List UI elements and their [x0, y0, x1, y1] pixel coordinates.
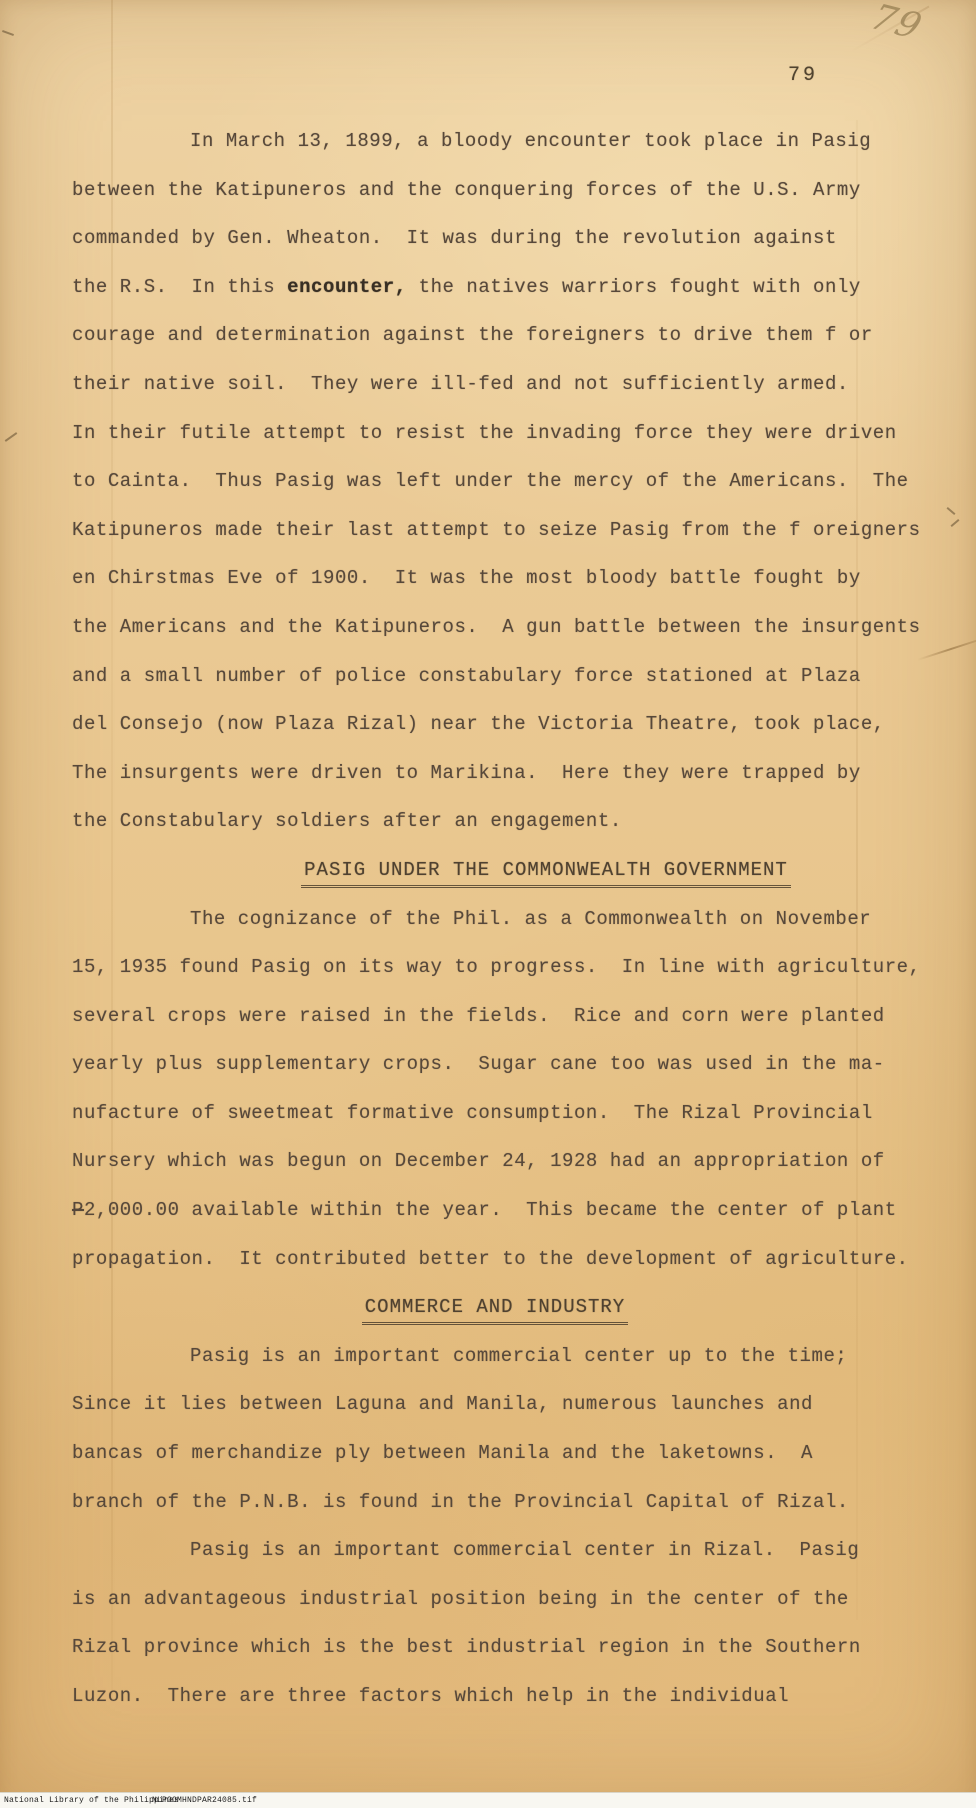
text-line: to Cainta. Thus Pasig was left under the… [72, 457, 946, 506]
text-segment: between the Katipuneros and the conqueri… [72, 179, 861, 201]
text-line: en Chirstmas Eve of 1900. It was the mos… [72, 554, 946, 603]
text-segment: COMMERCE AND INDUSTRY [365, 1296, 625, 1318]
text-line: nufacture of sweetmeat formative consump… [72, 1089, 946, 1138]
section-heading: PASIG UNDER THE COMMONWEALTH GOVERNMENT [109, 846, 976, 895]
text-segment: and a small number of police constabular… [72, 665, 861, 687]
text-line: branch of the P.N.B. is found in the Pro… [72, 1478, 946, 1527]
heading-text: PASIG UNDER THE COMMONWEALTH GOVERNMENT [301, 857, 791, 888]
text-segment: Rizal province which is the best industr… [72, 1636, 861, 1658]
heading-text: COMMERCE AND INDUSTRY [362, 1294, 628, 1325]
text-segment: 15, 1935 found Pasig on its way to progr… [72, 956, 921, 978]
text-segment: commanded by Gen. Wheaton. It was during… [72, 227, 837, 249]
text-segment: In their futile attempt to resist the in… [72, 422, 897, 444]
text-line: and a small number of police constabular… [72, 652, 946, 701]
text-line: yearly plus supplementary crops. Sugar c… [72, 1040, 946, 1089]
text-segment: 2,000.00 available within the year. This… [84, 1199, 897, 1221]
text-segment: Katipuneros made their last attempt to s… [72, 519, 921, 541]
text-line: the Americans and the Katipuneros. A gun… [72, 603, 946, 652]
text-segment: bancas of merchandize ply between Manila… [72, 1442, 813, 1464]
text-segment: their native soil. They were ill-fed and… [72, 373, 849, 395]
text-line: P2,000.00 available within the year. Thi… [72, 1186, 946, 1235]
text-segment: Since it lies between Laguna and Manila,… [72, 1393, 813, 1415]
text-line: In their futile attempt to resist the in… [72, 409, 946, 458]
text-line: is an advantageous industrial position b… [72, 1575, 946, 1624]
text-line: their native soil. They were ill-fed and… [72, 360, 946, 409]
text-line: Pasig is an important commercial center … [72, 1526, 946, 1575]
typed-page-number: 79 [788, 64, 818, 87]
text-segment: the Americans and the Katipuneros. A gun… [72, 616, 921, 638]
section-heading: COMMERCE AND INDUSTRY [58, 1283, 932, 1332]
text-line: del Consejo (now Plaza Rizal) near the V… [72, 700, 946, 749]
text-segment: several crops were raised in the fields.… [72, 1005, 885, 1027]
text-line: Luzon. There are three factors which hel… [72, 1672, 946, 1721]
text-segment: the Constabulary soldiers after an engag… [72, 810, 622, 832]
text-segment: courage and determination against the fo… [72, 324, 873, 346]
text-line: several crops were raised in the fields.… [72, 992, 946, 1041]
text-segment: yearly plus supplementary crops. Sugar c… [72, 1053, 885, 1075]
text-line: Pasig is an important commercial center … [72, 1332, 946, 1381]
text-line: Rizal province which is the best industr… [72, 1623, 946, 1672]
text-segment: In March 13, 1899, a bloody encounter to… [190, 130, 871, 152]
text-segment: branch of the P.N.B. is found in the Pro… [72, 1491, 849, 1513]
text-line: bancas of merchandize ply between Manila… [72, 1429, 946, 1478]
text-segment: PASIG UNDER THE COMMONWEALTH GOVERNMENT [304, 859, 788, 881]
text-line: the Constabulary soldiers after an engag… [72, 797, 946, 846]
text-segment: encounter, [287, 276, 407, 298]
text-segment: to Cainta. Thus Pasig was left under the… [72, 470, 909, 492]
text-segment: Nursery which was begun on December 24, … [72, 1150, 885, 1172]
text-segment: Luzon. There are three factors which hel… [72, 1685, 789, 1707]
text-line: In March 13, 1899, a bloody encounter to… [72, 117, 946, 166]
text-segment: nufacture of sweetmeat formative consump… [72, 1102, 873, 1124]
text-line: propagation. It contributed better to th… [72, 1235, 946, 1284]
text-line: the R.S. In this encounter, the natives … [72, 263, 946, 312]
pencil-mark [947, 507, 956, 515]
text-line: Nursery which was begun on December 24, … [72, 1137, 946, 1186]
text-segment: The cognizance of the Phil. as a Commonw… [190, 908, 871, 930]
peso-sign-text: P [72, 1199, 84, 1221]
text-segment: the natives warriors fought with only [407, 276, 861, 298]
archive-footer-bar: National Library of the Philippines NLPO… [0, 1792, 976, 1808]
text-line: 15, 1935 found Pasig on its way to progr… [72, 943, 946, 992]
scanned-document-page: 79 79 In March 13, 1899, a bloody encoun… [0, 0, 976, 1808]
text-line: The cognizance of the Phil. as a Commonw… [72, 895, 946, 944]
text-line: between the Katipuneros and the conqueri… [72, 166, 946, 215]
text-segment: the R.S. In this [72, 276, 287, 298]
text-line: The insurgents were driven to Marikina. … [72, 749, 946, 798]
text-segment: is an advantageous industrial position b… [72, 1588, 849, 1610]
text-segment: del Consejo (now Plaza Rizal) near the V… [72, 713, 885, 735]
pencil-mark [951, 519, 960, 527]
text-line: courage and determination against the fo… [72, 311, 946, 360]
handwritten-page-number: 79 [865, 0, 929, 48]
text-line: Katipuneros made their last attempt to s… [72, 506, 946, 555]
text-block: In March 13, 1899, a bloody encounter to… [72, 117, 946, 1721]
pencil-mark [2, 30, 14, 36]
text-line: commanded by Gen. Wheaton. It was during… [72, 214, 946, 263]
text-segment: The insurgents were driven to Marikina. … [72, 762, 861, 784]
text-segment: Pasig is an important commercial center … [190, 1345, 847, 1367]
text-segment: propagation. It contributed better to th… [72, 1248, 909, 1270]
archive-filename-label: NLPOOMHNDPAR24085.tif [152, 1793, 257, 1808]
text-line: Since it lies between Laguna and Manila,… [72, 1380, 946, 1429]
text-segment: Pasig is an important commercial center … [190, 1539, 859, 1561]
text-segment: en Chirstmas Eve of 1900. It was the mos… [72, 567, 861, 589]
pencil-mark [5, 432, 18, 442]
